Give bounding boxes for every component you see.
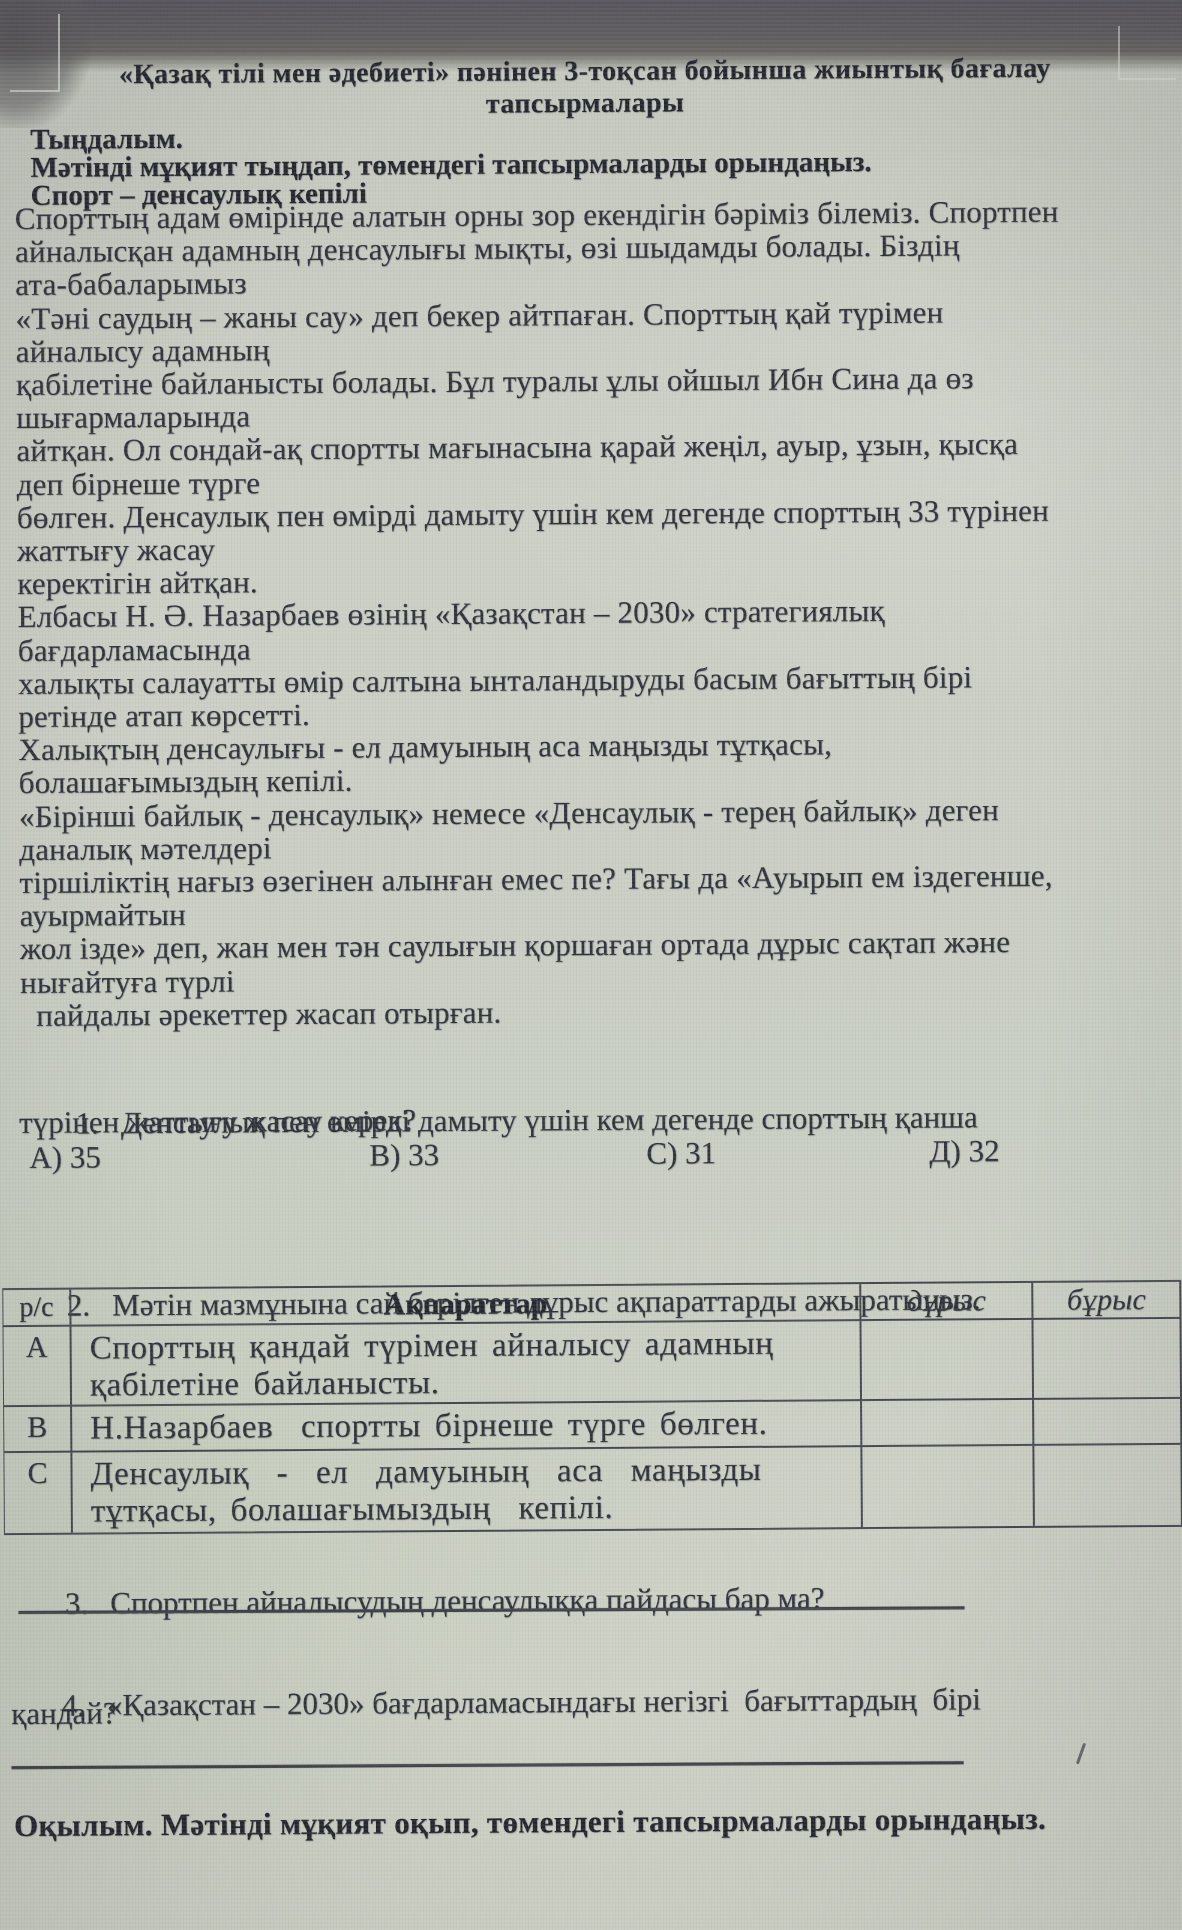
paragraph-line: «Тәні саудың – жаны сау» деп бекер айтпа…	[15, 294, 1059, 334]
paragraph-line: айналысқан адамның денсаулығы мықты, өзі…	[15, 228, 1059, 268]
table-cell-wrong-b	[1034, 1399, 1180, 1446]
paragraph-line: жол ізде» деп, жан мен тән саулығын қорш…	[20, 925, 1064, 965]
table-row-b-info: Н.Назарбаев спортты бірнеше түрге бөлген…	[72, 1401, 862, 1453]
table-row-a-line2: қабілетіне байланысты.	[90, 1362, 854, 1404]
reading-section-heading: Оқылым. Мәтінді мұқият оқып, төмендегі т…	[14, 1801, 1046, 1844]
paragraph-line: айтқан. Ол сондай-ақ спортты мағынасына …	[16, 427, 1060, 467]
reading-text-paragraph: Спорттың адам өмірінде алатын орны зор е…	[15, 195, 1064, 1032]
table-cell-correct-a	[861, 1320, 1034, 1401]
table-row-c-line1: Денсаулық - ел дамуының аса маңызды	[90, 1451, 854, 1493]
table-row-a-info: Спорттың қандай түрімен айналысу адамның…	[72, 1321, 863, 1407]
table-row-b-line1: Н.Назарбаев спортты бірнеше түрге бөлген…	[90, 1405, 854, 1447]
paragraph-line: халықты салауатты өмір салтына ынталанды…	[18, 660, 1062, 700]
paragraph-line: қабілетіне байланысты болады. Бұл туралы…	[16, 361, 1060, 401]
question2-table: р/с Ақпараттар дұрыс бұрыс А Спорттың қа…	[2, 1280, 1182, 1535]
listening-instruction: Мәтінді мұқият тыңдап, төмендегі тапсырм…	[30, 148, 871, 182]
question4-line2: қандай?	[11, 1695, 117, 1732]
question1-line2: түрінен жаттығу жасау керек?	[19, 1102, 416, 1141]
document-sheet: «Қазақ тілі мен әдебиеті» пәнінен 3-тоқс…	[0, 0, 1182, 1930]
table-row-c-info: Денсаулық - ел дамуының аса маңызды тұтқ…	[72, 1447, 863, 1533]
answer-option-b: В) 33	[369, 1137, 439, 1173]
table-row-b-id: В	[4, 1407, 72, 1453]
table-row-a-id: А	[4, 1327, 73, 1407]
table-header-num: р/с	[3, 1290, 71, 1327]
paragraph-line: «Бірінші байлық - денсаулық» немесе «Ден…	[19, 792, 1063, 832]
table-cell-correct-b	[862, 1400, 1034, 1447]
table-header-wrong: бұрыс	[1033, 1282, 1179, 1320]
answer-option-d: Д) 32	[929, 1133, 999, 1169]
table-cell-correct-c	[862, 1446, 1035, 1527]
table-row-a-line1: Спорттың қандай түрімен айналысу адамның	[90, 1325, 854, 1367]
table-row-c-line2: тұтқасы, болашағымыздың кепілі.	[91, 1488, 855, 1530]
table-cell-wrong-a	[1033, 1319, 1180, 1400]
table-row-c-id: С	[4, 1453, 73, 1533]
answer-option-a: А) 35	[29, 1139, 101, 1175]
paragraph-line: тіршіліктің нағыз өзегінен алынған емес …	[19, 859, 1063, 899]
paragraph-line: пайдалы әрекеттер жасап отырған.	[20, 992, 1064, 1032]
question4-line1: 4.«Қазақстан – 2030» бағдарламасындағы н…	[15, 1645, 981, 1760]
table-header-correct: дұрыс	[861, 1283, 1033, 1321]
answer-blank-line-2	[12, 1761, 964, 1769]
pen-tick-mark	[1076, 1743, 1086, 1765]
question3: 3.Спортпен айналысудың денсаулыққа пайда…	[18, 1544, 825, 1658]
photo-background: «Қазақ тілі мен әдебиеті» пәнінен 3-тоқс…	[0, 0, 1182, 1930]
table-header-info: Ақпараттар	[71, 1284, 861, 1327]
paragraph-line: бөлген. Денсаулық пен өмірді дамыту үшін…	[17, 494, 1061, 534]
question1-options: А) 35 В) 33 С) 31 Д) 32	[1, 1132, 1182, 1180]
table-cell-wrong-c	[1034, 1445, 1181, 1526]
question3-text: Спортпен айналысудың денсаулыққа пайдасы…	[110, 1580, 824, 1620]
question4-text: «Қазақстан – 2030» бағдарламасындағы нег…	[107, 1681, 981, 1722]
answer-option-c: С) 31	[646, 1135, 716, 1171]
page-title: «Қазақ тілі мен әдебиеті» пәнінен 3-тоқс…	[0, 52, 1176, 124]
question3-number: 3.	[65, 1586, 89, 1622]
